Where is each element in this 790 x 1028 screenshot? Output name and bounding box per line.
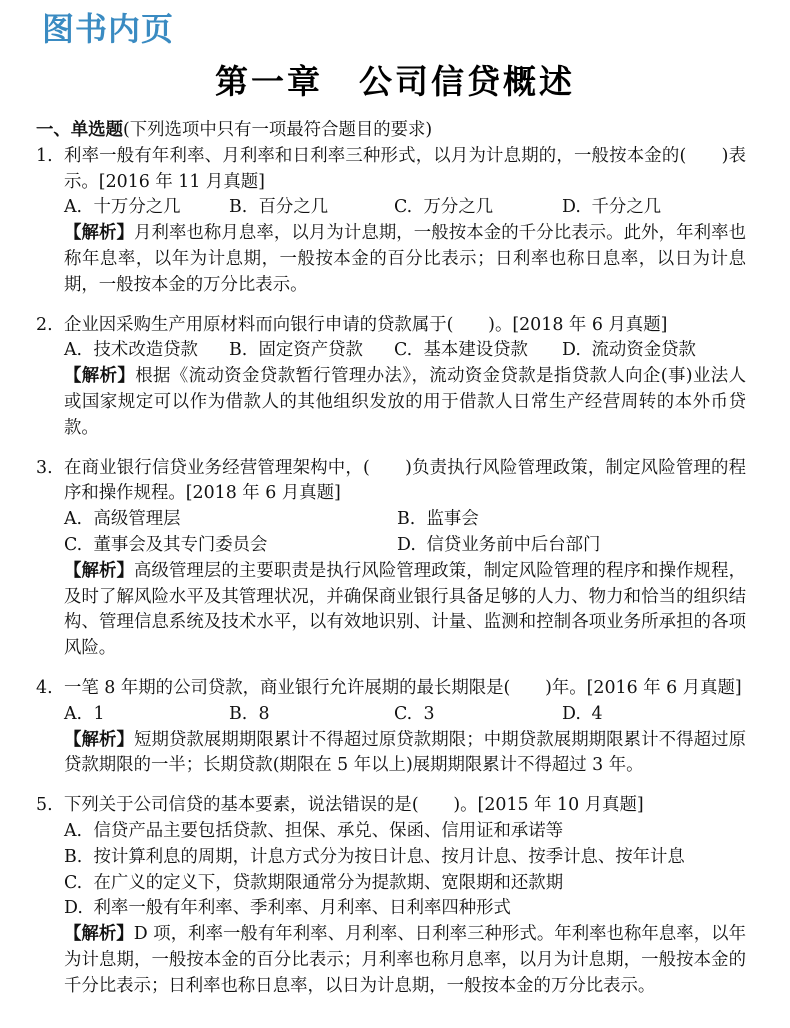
option-text: 万分之几 <box>424 197 494 217</box>
question-number: 2. <box>36 313 64 339</box>
analysis-text: 高级管理层的主要职责是执行风险管理政策，制定风险管理的程序和操作规程，及时了解风… <box>64 561 746 658</box>
option-key: D. <box>562 195 586 221</box>
option-text: 按计算利息的周期，计息方式分为按日计息、按月计息、按季计息、按年计息 <box>94 847 685 867</box>
option-text: 千分之几 <box>592 197 662 217</box>
option-text: 十万分之几 <box>94 197 181 217</box>
option-text: 在广义的定义下，贷款期限通常分为提款期、宽限期和还款期 <box>94 873 564 893</box>
option-text: 基本建设贷款 <box>424 340 528 360</box>
options: A. 十万分之几 B. 百分之几 C. 万分之几 D. 千分之几 <box>36 195 746 221</box>
options: A. 信贷产品主要包括贷款、担保、承兑、保函、信用证和承诺等 B. 按计算利息的… <box>36 819 746 922</box>
option-b: B. 固定资产贷款 <box>229 338 394 364</box>
option-a: A. 1 <box>64 702 229 728</box>
option-text: 监事会 <box>427 509 479 529</box>
option-d: D. 信贷业务前中后台部门 <box>397 533 746 559</box>
option-key: B. <box>229 195 253 221</box>
section-heading: 一、单选题(下列选项中只有一项最符合题目的要求) <box>36 118 746 144</box>
option-text: 1 <box>94 704 105 724</box>
option-key: C. <box>394 702 418 728</box>
option-text: 利率一般有年利率、季利率、月利率、日利率四种形式 <box>94 898 511 918</box>
option-key: A. <box>64 819 88 845</box>
option-key: B. <box>229 702 253 728</box>
option-c: C. 万分之几 <box>394 195 562 221</box>
option-key: A. <box>64 338 88 364</box>
option-c: C. 董事会及其专门委员会 <box>64 533 397 559</box>
option-d: D. 4 <box>562 702 746 728</box>
option-d: D. 利率一般有年利率、季利率、月利率、日利率四种形式 <box>64 896 746 922</box>
option-b: B. 按计算利息的周期，计息方式分为按日计息、按月计息、按季计息、按年计息 <box>64 845 746 871</box>
option-c: C. 3 <box>394 702 562 728</box>
option-key: D. <box>397 533 421 559</box>
option-key: A. <box>64 507 88 533</box>
question-1: 1. 利率一般有年利率、月利率和日利率三种形式，以月为计息期的，一般按本金的( … <box>36 144 746 299</box>
option-key: C. <box>64 871 88 897</box>
analysis-tag: 【解析】 <box>64 366 135 386</box>
option-b: B. 百分之几 <box>229 195 394 221</box>
option-text: 固定资产贷款 <box>259 340 363 360</box>
option-key: A. <box>64 195 88 221</box>
option-a: A. 高级管理层 <box>64 507 397 533</box>
question-5: 5. 下列关于公司信贷的基本要素，说法错误的是( )。[2015 年 10 月真… <box>36 793 746 999</box>
analysis: 【解析】月利率也称月息率，以月为计息期，一般按本金的千分比表示。此外，年利率也称… <box>36 221 746 298</box>
analysis-tag: 【解析】 <box>64 561 134 581</box>
option-text: 董事会及其专门委员会 <box>94 535 268 555</box>
options: A. 高级管理层 B. 监事会 C. 董事会及其专门委员会 D. 信贷业务前中后… <box>36 507 746 559</box>
analysis-text: D 项，利率一般有年利率、月利率、日利率三种形式。年利率也称年息率，以年为计息期… <box>64 924 746 996</box>
option-c: C. 在广义的定义下，贷款期限通常分为提款期、宽限期和还款期 <box>64 871 746 897</box>
section-note: (下列选项中只有一项最符合题目的要求) <box>123 120 432 140</box>
chapter-title: 第一章 公司信贷概述 <box>0 56 790 103</box>
analysis-text: 月利率也称月息率，以月为计息期，一般按本金的千分比表示。此外，年利率也称年息率，… <box>64 223 746 295</box>
question-stem: 下列关于公司信贷的基本要素，说法错误的是( )。[2015 年 10 月真题] <box>64 793 746 819</box>
option-text: 信贷业务前中后台部门 <box>427 535 601 555</box>
analysis: 【解析】高级管理层的主要职责是执行风险管理政策，制定风险管理的程序和操作规程，及… <box>36 559 746 662</box>
option-key: D. <box>562 338 586 364</box>
option-d: D. 千分之几 <box>562 195 746 221</box>
question-stem: 在商业银行信贷业务经营管理架构中，( )负责执行风险管理政策，制定风险管理的程序… <box>64 456 746 508</box>
analysis-text: 短期贷款展期期限累计不得超过原贷款期限；中期贷款展期期限累计不得超过原贷款期限的… <box>64 730 746 776</box>
question-4: 4. 一笔 8 年期的公司贷款，商业银行允许展期的最长期限是( )年。[2016… <box>36 676 746 779</box>
options: A. 技术改造贷款 B. 固定资产贷款 C. 基本建设贷款 D. 流动资金贷款 <box>36 338 746 364</box>
analysis-tag: 【解析】 <box>64 730 134 750</box>
analysis-tag: 【解析】 <box>64 223 134 243</box>
option-a: A. 十万分之几 <box>64 195 229 221</box>
option-a: A. 信贷产品主要包括贷款、担保、承兑、保函、信用证和承诺等 <box>64 819 746 845</box>
analysis: 【解析】短期贷款展期期限累计不得超过原贷款期限；中期贷款展期期限累计不得超过原贷… <box>36 728 746 780</box>
option-text: 信贷产品主要包括贷款、担保、承兑、保函、信用证和承诺等 <box>94 821 564 841</box>
page-label: 图书内页 <box>42 4 174 50</box>
option-key: C. <box>64 533 88 559</box>
option-d: D. 流动资金贷款 <box>562 338 746 364</box>
question-number: 4. <box>36 676 64 702</box>
analysis-tag: 【解析】 <box>64 924 134 944</box>
document-body: 一、单选题(下列选项中只有一项最符合题目的要求) 1. 利率一般有年利率、月利率… <box>36 118 746 1014</box>
option-c: C. 基本建设贷款 <box>394 338 562 364</box>
question-stem: 一笔 8 年期的公司贷款，商业银行允许展期的最长期限是( )年。[2016 年 … <box>64 676 746 702</box>
option-key: D. <box>562 702 586 728</box>
section-title: 一、单选题 <box>36 120 123 140</box>
option-key: A. <box>64 702 88 728</box>
option-a: A. 技术改造贷款 <box>64 338 229 364</box>
question-2: 2. 企业因采购生产用原材料而向银行申请的贷款属于( )。[2018 年 6 月… <box>36 313 746 442</box>
question-stem: 利率一般有年利率、月利率和日利率三种形式，以月为计息期的，一般按本金的( )表示… <box>64 144 746 196</box>
question-number: 3. <box>36 456 64 508</box>
option-key: B. <box>64 845 88 871</box>
option-text: 流动资金贷款 <box>592 340 696 360</box>
option-text: 技术改造贷款 <box>94 340 198 360</box>
question-3: 3. 在商业银行信贷业务经营管理架构中，( )负责执行风险管理政策，制定风险管理… <box>36 456 746 662</box>
question-stem: 企业因采购生产用原材料而向银行申请的贷款属于( )。[2018 年 6 月真题] <box>64 313 746 339</box>
option-key: D. <box>64 896 88 922</box>
option-text: 百分之几 <box>259 197 329 217</box>
question-number: 5. <box>36 793 64 819</box>
options: A. 1 B. 8 C. 3 D. 4 <box>36 702 746 728</box>
analysis-text: 根据《流动资金贷款暂行管理办法》，流动资金贷款是指贷款人向企(事)业法人或国家规… <box>64 366 746 438</box>
analysis: 【解析】根据《流动资金贷款暂行管理办法》，流动资金贷款是指贷款人向企(事)业法人… <box>36 364 746 441</box>
option-key: C. <box>394 195 418 221</box>
option-key: B. <box>397 507 421 533</box>
option-b: B. 8 <box>229 702 394 728</box>
option-text: 8 <box>259 704 270 724</box>
analysis: 【解析】D 项，利率一般有年利率、月利率、日利率三种形式。年利率也称年息率，以年… <box>36 922 746 999</box>
option-text: 高级管理层 <box>94 509 181 529</box>
option-text: 3 <box>424 704 435 724</box>
option-text: 4 <box>592 704 603 724</box>
option-b: B. 监事会 <box>397 507 746 533</box>
question-number: 1. <box>36 144 64 196</box>
option-key: C. <box>394 338 418 364</box>
option-key: B. <box>229 338 253 364</box>
